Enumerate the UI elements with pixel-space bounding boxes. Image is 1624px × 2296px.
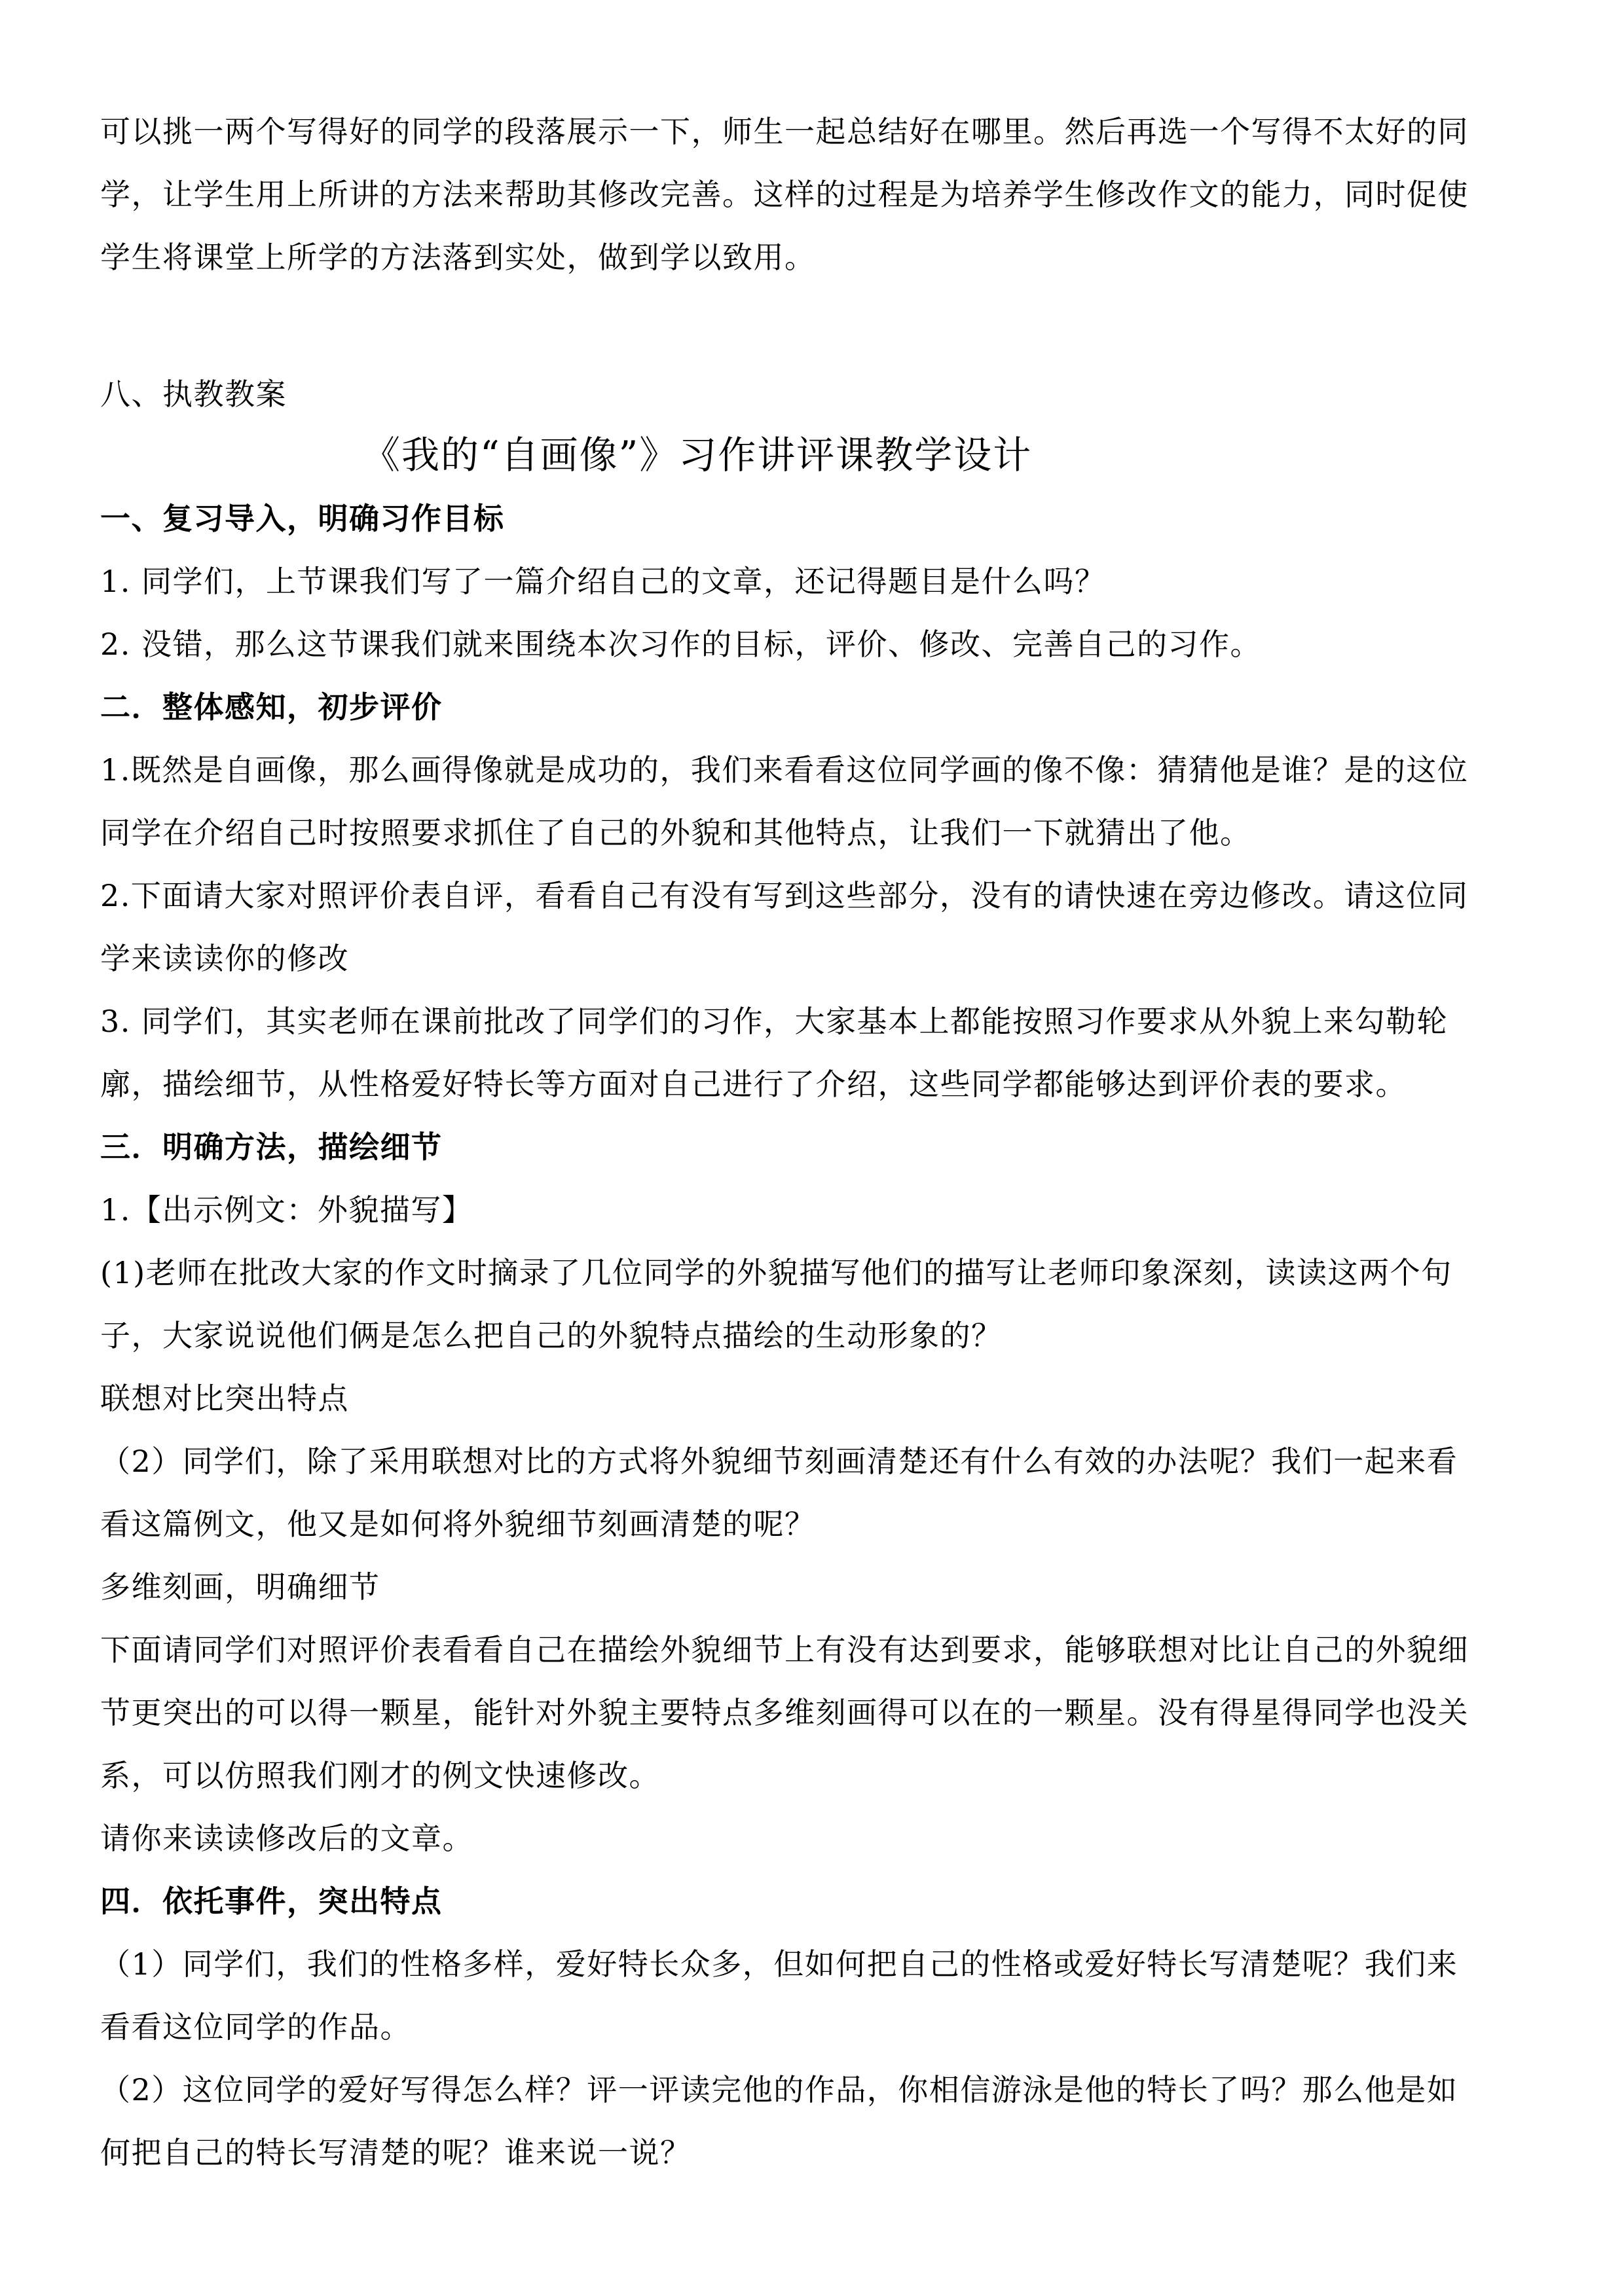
- text-line: 节更突出的可以得一颗星，能针对外貌主要特点多维刻画得可以在的一颗星。没有得星得同…: [100, 1681, 1524, 1744]
- text-line: 1.既然是自画像，那么画得像就是成功的，我们来看看这位同学画的像不像：猜猜他是谁…: [100, 738, 1524, 801]
- text-line: 同学在介绍自己时按照要求抓住了自己的外貌和其他特点，让我们一下就猜出了他。: [100, 801, 1524, 864]
- section-3: 三．明确方法，描绘细节 1.【出示例文：外貌描写】 (1)老师在批改大家的作文时…: [100, 1116, 1524, 1870]
- section-1: 一、复习导入，明确习作目标 1. 同学们，上节课我们写了一篇介绍自己的文章，还记…: [100, 487, 1524, 676]
- lesson-title: 《我的“自画像”》习作讲评课教学设计: [100, 426, 1524, 484]
- text-line: （1）同学们，我们的性格多样，爱好特长众多，但如何把自己的性格或爱好特长写清楚呢…: [100, 1933, 1524, 1995]
- text-line: 可以挑一两个写得好的同学的段落展示一下，师生一起总结好在哪里。然后再选一个写得不…: [100, 100, 1524, 163]
- text-line: 联想对比突出特点: [100, 1367, 1524, 1430]
- text-line: 看看这位同学的作品。: [100, 1995, 1524, 2058]
- section-heading: 四．依托事件，突出特点: [100, 1870, 1524, 1933]
- subheading-line: 1.【出示例文：外貌描写】: [100, 1178, 1524, 1241]
- text-line: 何把自己的特长写清楚的呢？谁来说一说？: [100, 2121, 1524, 2184]
- text-line: 学，让学生用上所讲的方法来帮助其修改完善。这样的过程是为培养学生修改作文的能力，…: [100, 163, 1524, 226]
- section-heading: 一、复习导入，明确习作目标: [100, 487, 1524, 550]
- text-line: 学生将课堂上所学的方法落到实处，做到学以致用。: [100, 226, 1524, 289]
- section-heading: 三．明确方法，描绘细节: [100, 1116, 1524, 1178]
- text-line: （2）同学们，除了采用联想对比的方式将外貌细节刻画清楚还有什么有效的办法呢？我们…: [100, 1430, 1524, 1493]
- section-eight-heading: 八、执教教案: [100, 363, 1524, 426]
- text-line: 学来读读你的修改: [100, 927, 1524, 990]
- intro-paragraph: 可以挑一两个写得好的同学的段落展示一下，师生一起总结好在哪里。然后再选一个写得不…: [100, 100, 1524, 289]
- section-4: 四．依托事件，突出特点 （1）同学们，我们的性格多样，爱好特长众多，但如何把自己…: [100, 1870, 1524, 2184]
- lesson-title-block: 《我的“自画像”》习作讲评课教学设计: [100, 426, 1524, 484]
- text-line: 下面请同学们对照评价表看看自己在描绘外貌细节上有没有达到要求，能够联想对比让自己…: [100, 1618, 1524, 1681]
- text-line: 子，大家说说他们俩是怎么把自己的外貌特点描绘的生动形象的？: [100, 1304, 1524, 1367]
- text-line: 1. 同学们，上节课我们写了一篇介绍自己的文章，还记得题目是什么吗？: [100, 550, 1524, 613]
- text-line: 请你来读读修改后的文章。: [100, 1807, 1524, 1870]
- text-line: 多维刻画，明确细节: [100, 1556, 1524, 1618]
- text-line: （2）这位同学的爱好写得怎么样？评一评读完他的作品，你相信游泳是他的特长了吗？那…: [100, 2058, 1524, 2121]
- section-2: 二．整体感知，初步评价 1.既然是自画像，那么画得像就是成功的，我们来看看这位同…: [100, 676, 1524, 1116]
- text-line: 2.下面请大家对照评价表自评，看看自己有没有写到这些部分，没有的请快速在旁边修改…: [100, 864, 1524, 927]
- text-line: 系，可以仿照我们刚才的例文快速修改。: [100, 1744, 1524, 1807]
- text-line: 2. 没错，那么这节课我们就来围绕本次习作的目标，评价、修改、完善自己的习作。: [100, 613, 1524, 676]
- lesson-body: 一、复习导入，明确习作目标 1. 同学们，上节课我们写了一篇介绍自己的文章，还记…: [100, 487, 1524, 2184]
- text-line: (1)老师在批改大家的作文时摘录了几位同学的外貌描写他们的描写让老师印象深刻，读…: [100, 1241, 1524, 1304]
- text-line: 3. 同学们，其实老师在课前批改了同学们的习作，大家基本上都能按照习作要求从外貌…: [100, 990, 1524, 1053]
- section-eight: 八、执教教案: [100, 363, 1524, 426]
- text-line: 廓，描绘细节，从性格爱好特长等方面对自己进行了介绍，这些同学都能够达到评价表的要…: [100, 1053, 1524, 1116]
- section-heading: 二．整体感知，初步评价: [100, 676, 1524, 738]
- text-line: 看这篇例文，他又是如何将外貌细节刻画清楚的呢？: [100, 1493, 1524, 1556]
